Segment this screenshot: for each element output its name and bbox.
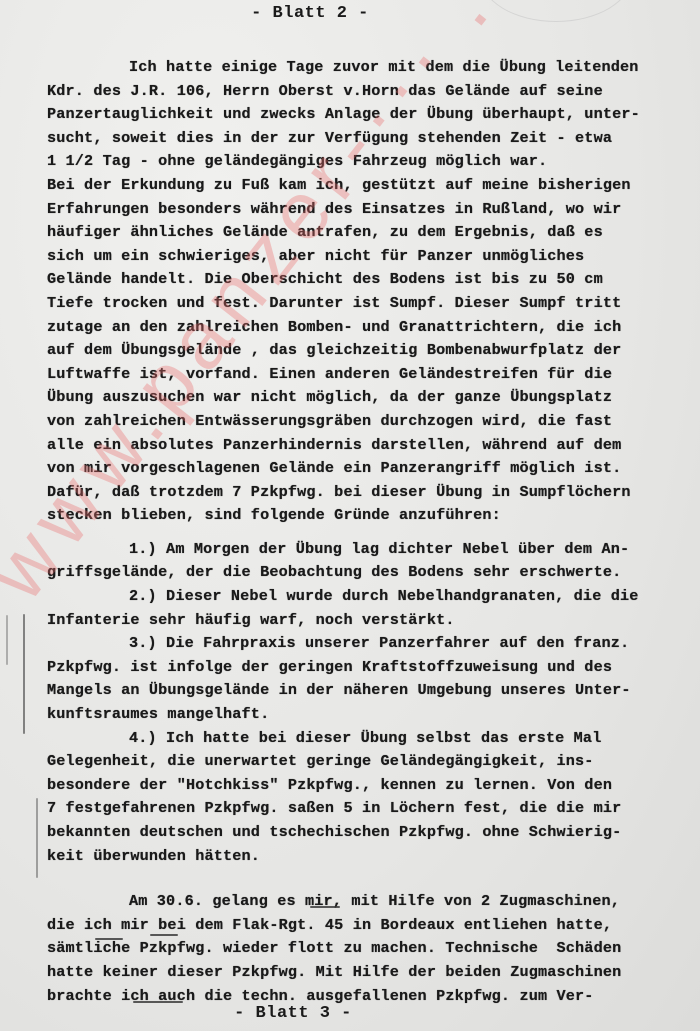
text-line: Bei der Erkundung zu Fuß kam ich, gestüt… <box>47 174 687 198</box>
reason-item: 4.) Ich hatte bei dieser Übung selbst da… <box>47 727 687 751</box>
text-line: Ich hatte einige Tage zuvor mit dem die … <box>47 56 687 80</box>
reason-item: 3.) Die Fahrpraxis unserer Panzerfahrer … <box>47 632 687 656</box>
margin-mark <box>36 798 38 878</box>
page-header: - Blatt 2 - <box>0 4 660 23</box>
pencil-underline <box>95 938 123 940</box>
text-line: Erfahrungen besonders während des Einsat… <box>47 198 687 222</box>
text-line: 1 1/2 Tag - ohne geländegängiges Fahrzeu… <box>47 150 687 174</box>
paragraph-intro: Ich hatte einige Tage zuvor mit dem die … <box>47 56 687 528</box>
text-line: sich um ein schwieriges, aber nicht für … <box>47 245 687 269</box>
document-page: - Blatt 2 - Ich hatte einige Tage zuvor … <box>0 0 700 1031</box>
text-line: Am 30.6. gelang es mir, mit Hilfe von 2 … <box>47 890 687 914</box>
text-line: zutage an den zahlreichen Bomben- und Gr… <box>47 316 687 340</box>
page-footer: - Blatt 3 - <box>0 1004 643 1023</box>
pencil-underline <box>133 1001 183 1003</box>
text-line: 7 festgefahrenen Pzkpfwg. saßen 5 in Löc… <box>47 797 687 821</box>
text-line: Kdr. des J.R. 106, Herrn Oberst v.Horn d… <box>47 80 687 104</box>
text-line: Gelegenheit, die unerwartet geringe Gelä… <box>47 750 687 774</box>
text-line: auf dem Übungsgelände , das gleichzeitig… <box>47 339 687 363</box>
document-body: Ich hatte einige Tage zuvor mit dem die … <box>47 56 687 1008</box>
reasons-list: 1.) Am Morgen der Übung lag dichter Nebe… <box>47 538 687 868</box>
text-line: Pzkpfwg. ist infolge der geringen Krafts… <box>47 656 687 680</box>
text-line: Luftwaffe ist, vorfand. Einen anderen Ge… <box>47 363 687 387</box>
text-line: besondere der "Hotchkiss" Pzkpfwg., kenn… <box>47 774 687 798</box>
margin-mark <box>23 614 25 734</box>
text-line: von mir vorgeschlagenen Gelände ein Panz… <box>47 457 687 481</box>
text-line: hatte keiner dieser Pzkpfwg. Mit Hilfe d… <box>47 961 687 985</box>
text-line: von zahlreichen Entwässerungsgräben durc… <box>47 410 687 434</box>
reason-item: 2.) Dieser Nebel wurde durch Nebelhandgr… <box>47 585 687 609</box>
text-line: Gelände handelt. Die Oberschicht des Bod… <box>47 268 687 292</box>
text-line: Panzertauglichkeit und zwecks Anlage der… <box>47 103 687 127</box>
text-line: kunftsraumes mangelhaft. <box>47 703 687 727</box>
reason-item: 1.) Am Morgen der Übung lag dichter Nebe… <box>47 538 687 562</box>
text-line: bekannten deutschen und tschechischen Pz… <box>47 821 687 845</box>
pencil-underline <box>310 906 340 908</box>
pencil-underline <box>150 934 178 936</box>
paragraph-recovery: Am 30.6. gelang es mir, mit Hilfe von 2 … <box>47 890 687 1008</box>
text-line: häufiger ähnliches Gelände antrafen, zu … <box>47 221 687 245</box>
text-line: Dafür, daß trotzdem 7 Pzkpfwg. bei diese… <box>47 481 687 505</box>
text-line: Mangels an Übungsgelände in der näheren … <box>47 679 687 703</box>
text-line: sucht, soweit dies in der zur Verfügung … <box>47 127 687 151</box>
text-line: stecken blieben, sind folgende Gründe an… <box>47 504 687 528</box>
text-line: Infanterie sehr häufig warf, noch verstä… <box>47 609 687 633</box>
text-line: alle ein absolutes Panzerhindernis darst… <box>47 434 687 458</box>
text-line: keit überwunden hätten. <box>47 845 687 869</box>
text-line: die ich mir bei dem Flak-Rgt. 45 in Bord… <box>47 914 687 938</box>
text-line: sämtliche Pzkpfwg. wieder flott zu mache… <box>47 937 687 961</box>
text-line: Tiefe trocken und fest. Darunter ist Sum… <box>47 292 687 316</box>
text-line: griffsgelände, der die Beobachtung des B… <box>47 561 687 585</box>
margin-mark <box>6 615 8 665</box>
text-line: Übung auszusuchen war nicht möglich, da … <box>47 386 687 410</box>
